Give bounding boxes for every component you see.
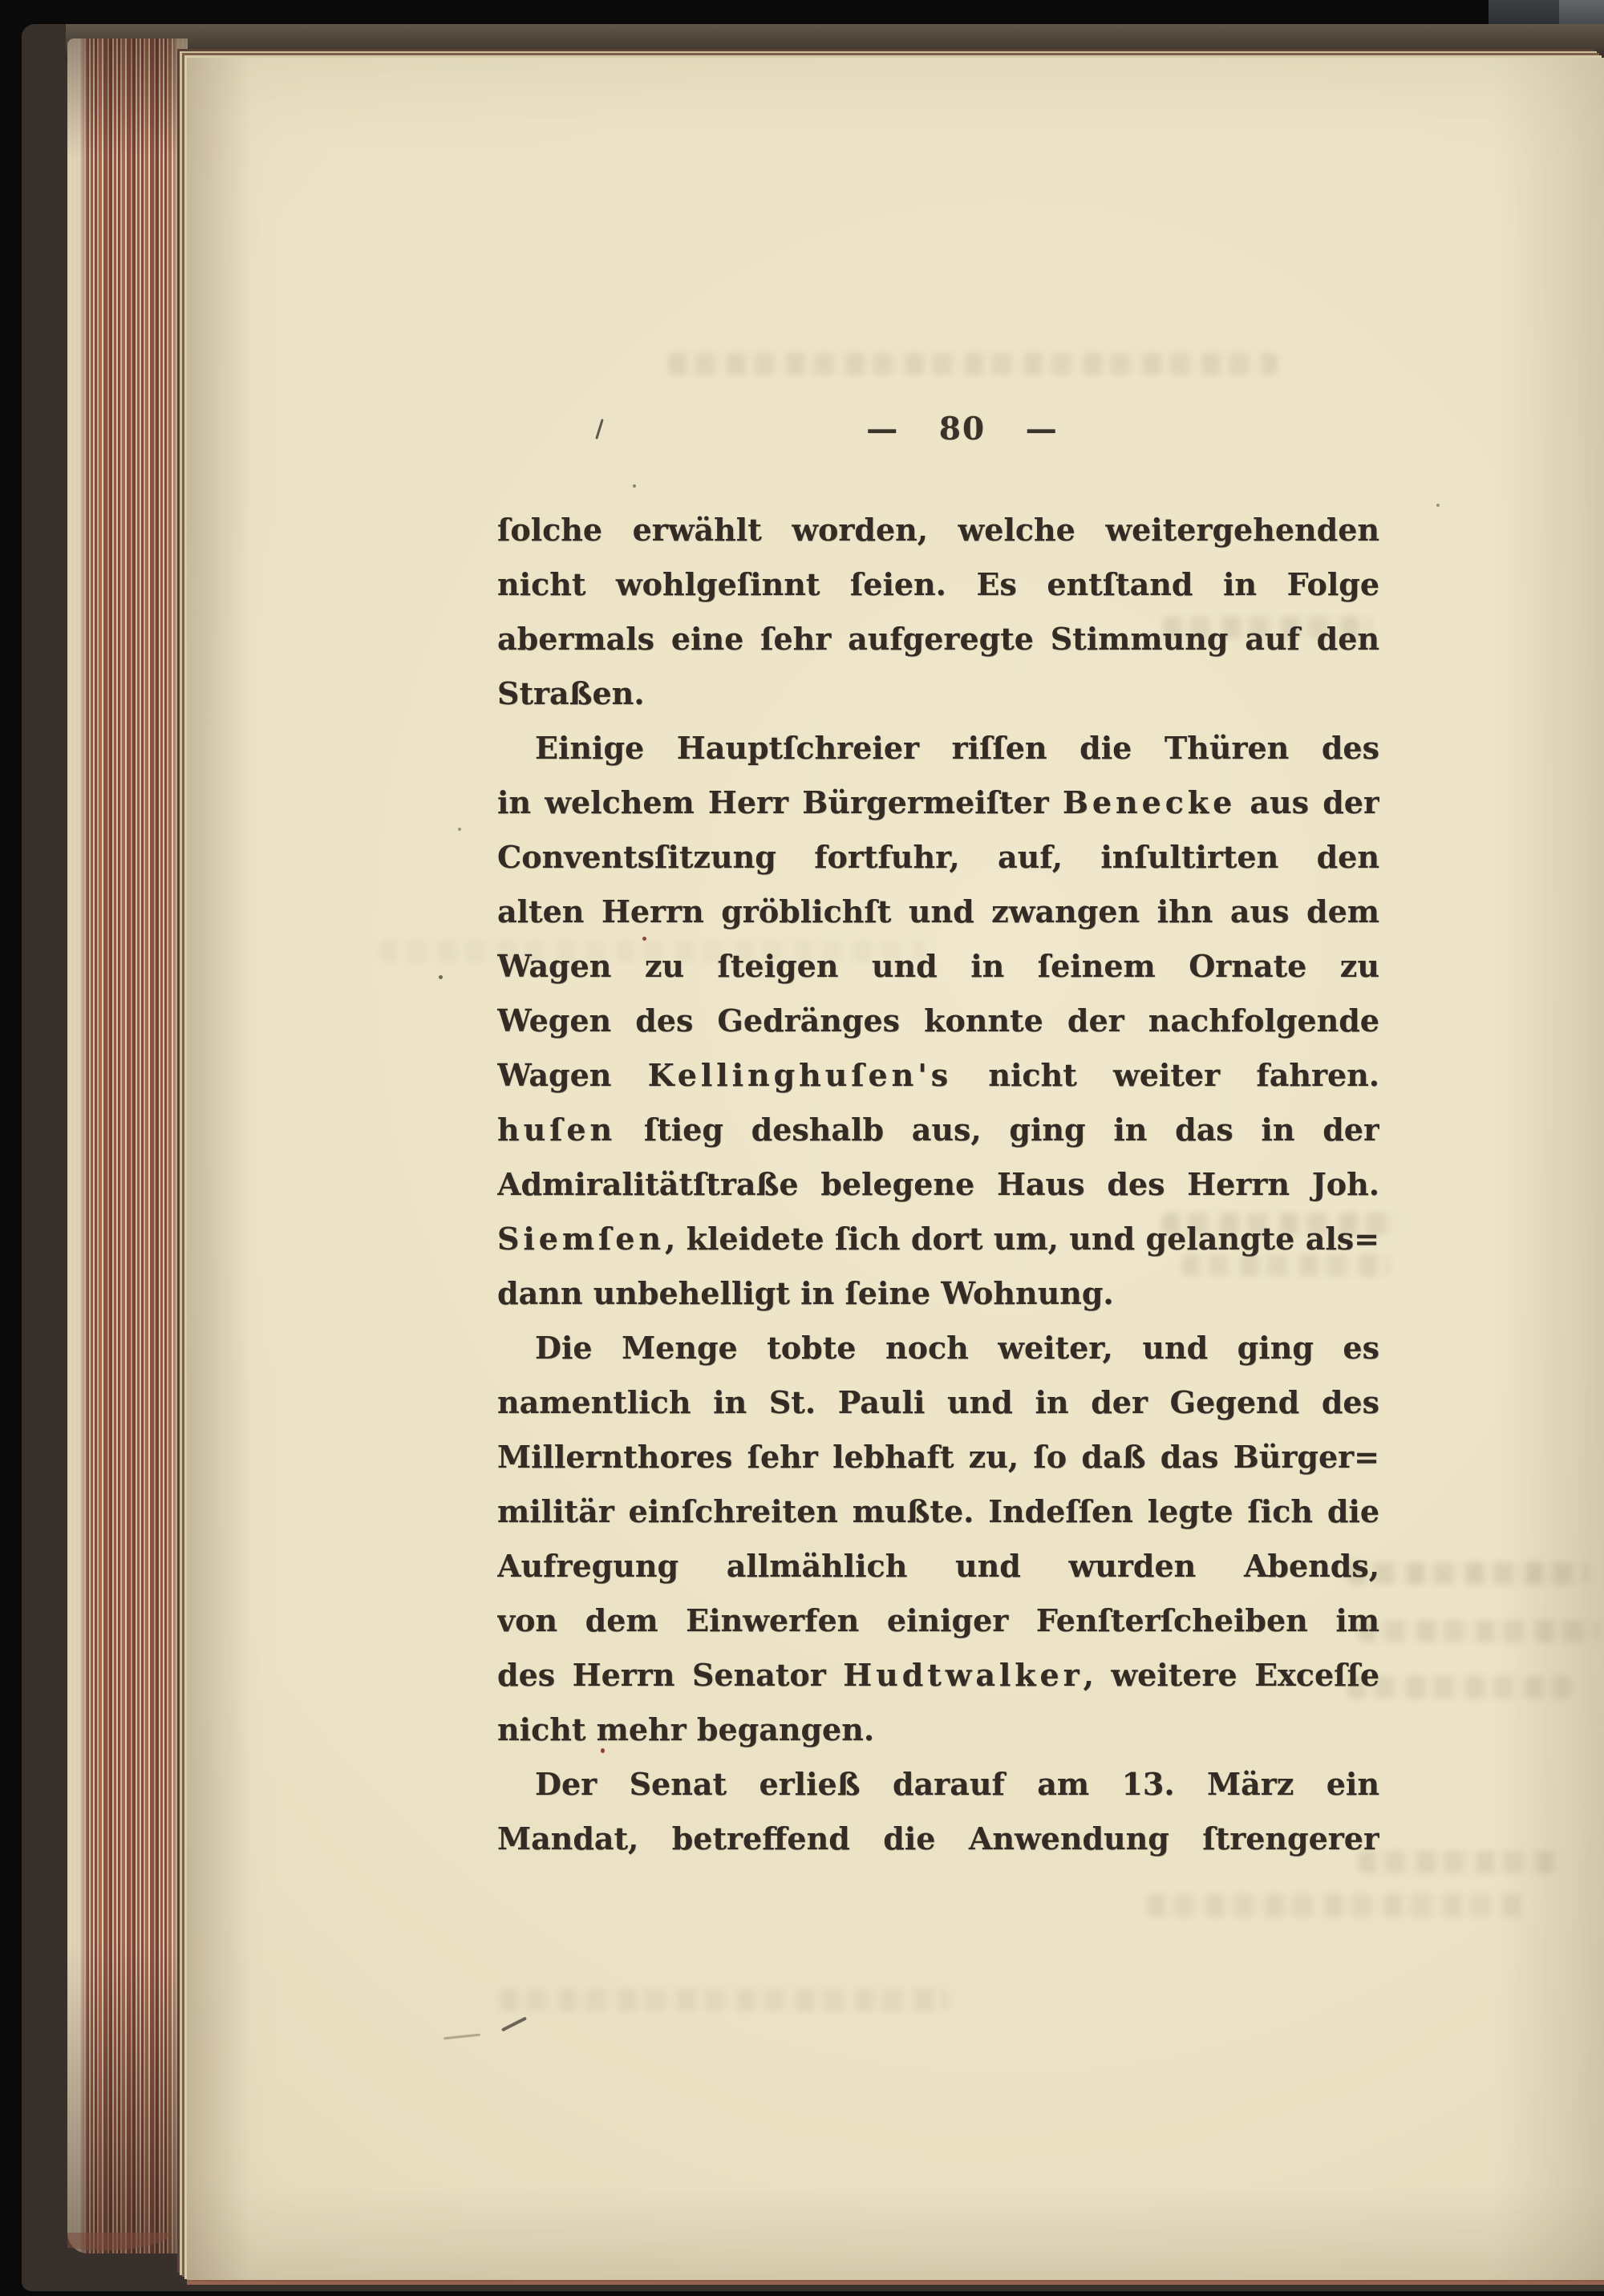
book-page-edges	[67, 38, 188, 2253]
text-segment: , weitere Exceſſe	[1084, 1657, 1379, 1693]
text-line: huſen ſtieg deshalb aus, ging in das in …	[497, 1103, 1379, 1158]
ink-speck	[633, 484, 636, 488]
book-page: — 80 — ſolche erwählt worden, welche wei…	[187, 58, 1604, 2282]
text-segment: abermals eine ſehr aufgeregte Stimmung a…	[497, 621, 1379, 657]
text-line: militär einſchreiten mußte. Indeſſen leg…	[497, 1485, 1379, 1540]
text-line: Conventsſitzung fortfuhr, auf, inſultirt…	[497, 831, 1379, 885]
letterspaced-name: Benecke	[1063, 784, 1236, 820]
bleed-through-smudge	[1147, 1894, 1524, 1917]
text-line: Straßen.	[497, 667, 1379, 722]
text-segment: dann unbehelligt in ſeine Wohnung.	[497, 1275, 1114, 1311]
text-line: Die Menge tobte noch weiter, und ging es	[497, 1322, 1379, 1376]
text-segment: nicht mehr begangen.	[497, 1711, 874, 1747]
bleed-through-smudge	[1358, 1851, 1558, 1873]
text-line: Admiralitätſtraße belegene Haus des Herr…	[497, 1158, 1379, 1213]
text-segment: nicht weiter fahren.	[952, 1057, 1379, 1093]
pen-mark-bottom-faint	[444, 2034, 480, 2040]
text-segment: von dem Einwerfen einiger Fenſterſcheibe…	[497, 1602, 1379, 1649]
text-segment: Admiralitätſtraße belegene Haus des Herr…	[497, 1166, 1379, 1202]
text-segment: ſtieg deshalb aus, ging in das in der	[616, 1112, 1379, 1148]
page-number: — 80 —	[521, 411, 1403, 447]
text-block: ſolche erwählt worden, welche weitergehe…	[497, 504, 1379, 1867]
text-segment: alten Herrn gröblichſt und zwangen ihn a…	[497, 893, 1379, 929]
pen-mark-bottom	[501, 2017, 527, 2032]
text-line: in welchem Herr Bürgermeiſter Benecke au…	[497, 776, 1379, 831]
text-line: Wegen des Gedränges konnte der nachfolge…	[497, 994, 1379, 1049]
ink-speck	[1436, 504, 1440, 507]
text-segment: Straßen.	[497, 675, 645, 711]
text-line: ſolche erwählt worden, welche weitergehe…	[497, 504, 1379, 558]
text-line: Mandat, betreffend die Anwendung ſtrenge…	[497, 1812, 1379, 1867]
bleed-through-smudge	[500, 1989, 949, 2011]
letterspaced-name: huſen	[497, 1112, 616, 1148]
text-line: dann unbehelligt in ſeine Wohnung.	[497, 1267, 1379, 1322]
bleed-through-smudge	[668, 353, 1278, 375]
text-segment: Wegen des Gedränges konnte der nachfolge…	[497, 1002, 1379, 1039]
text-segment: Conventsſitzung fortfuhr, auf, inſultirt…	[497, 839, 1379, 885]
text-line: Siemſen, kleidete ſich dort um, und gela…	[497, 1213, 1379, 1267]
text-line: des Herrn Senator Hudtwalker, weitere Ex…	[497, 1649, 1379, 1703]
text-segment: aus der	[1236, 784, 1379, 820]
text-segment: Mandat, betreffend die Anwendung ſtrenge…	[497, 1820, 1379, 1867]
text-segment: militär einſchreiten mußte. Indeſſen leg…	[497, 1493, 1379, 1529]
book-scan-photo: — 80 — ſolche erwählt worden, welche wei…	[0, 0, 1604, 2296]
text-line: Wagen Kellinghuſen's nicht weiter fahren…	[497, 1049, 1379, 1103]
bleed-through-smudge	[1358, 1620, 1598, 1642]
bleed-through-smudge	[1347, 1562, 1588, 1585]
text-segment: ſolche erwählt worden, welche weitergehe…	[497, 512, 1379, 558]
text-line: Millernthores ſehr lebhaft zu, ſo daß da…	[497, 1431, 1379, 1485]
letterspaced-name: Kellinghuſen's	[648, 1057, 952, 1093]
text-segment: Aufregung allmählich und wurden Abends, …	[497, 1548, 1379, 1594]
text-line: alten Herrn gröblichſt und zwangen ihn a…	[497, 885, 1379, 940]
letterspaced-name: Hudtwalker	[843, 1657, 1083, 1693]
text-segment: Einige Hauptſchreier riſſen die Thüren d…	[497, 730, 1379, 776]
ink-speck	[439, 975, 443, 979]
text-segment: in welchem Herr Bürgermeiſter	[497, 784, 1063, 820]
page-gutter-shadow	[187, 58, 251, 2280]
text-line: Wagen zu ſteigen und in ſeinem Ornate zu…	[497, 940, 1379, 994]
text-line: namentlich in St. Pauli und in der Gegen…	[497, 1376, 1379, 1431]
text-segment: des Herrn Senator	[497, 1657, 843, 1693]
text-segment: Millernthores ſehr lebhaft zu, ſo daß da…	[497, 1439, 1379, 1475]
text-line: Aufregung allmählich und wurden Abends, …	[497, 1540, 1379, 1594]
ink-speck	[458, 828, 461, 831]
text-line: abermals eine ſehr aufgeregte Stimmung a…	[497, 613, 1379, 667]
text-line: nicht mehr begangen.	[497, 1703, 1379, 1758]
text-line: Der Senat erließ darauf am 13. März ein	[497, 1758, 1379, 1812]
letterspaced-name: Siemſen	[497, 1221, 665, 1257]
text-segment: Wagen	[497, 1057, 648, 1093]
text-segment: , kleidete ſich dort um, und gelangte al…	[665, 1221, 1379, 1257]
text-segment: Die Menge tobte noch weiter, und ging es	[535, 1330, 1379, 1366]
text-segment: Wagen zu ſteigen und in ſeinem Ornate zu…	[497, 948, 1379, 994]
text-segment: Der Senat erließ darauf am 13. März ein	[535, 1766, 1379, 1802]
text-line: Einige Hauptſchreier riſſen die Thüren d…	[497, 722, 1379, 776]
text-segment: nicht wohlgeſinnt ſeien. Es entſtand in …	[497, 566, 1379, 613]
bleed-through-smudge	[1347, 1676, 1572, 1699]
text-line: von dem Einwerfen einiger Fenſterſcheibe…	[497, 1594, 1379, 1649]
text-line: nicht wohlgeſinnt ſeien. Es entſtand in …	[497, 558, 1379, 613]
text-segment: namentlich in St. Pauli und in der Gegen…	[497, 1384, 1379, 1420]
